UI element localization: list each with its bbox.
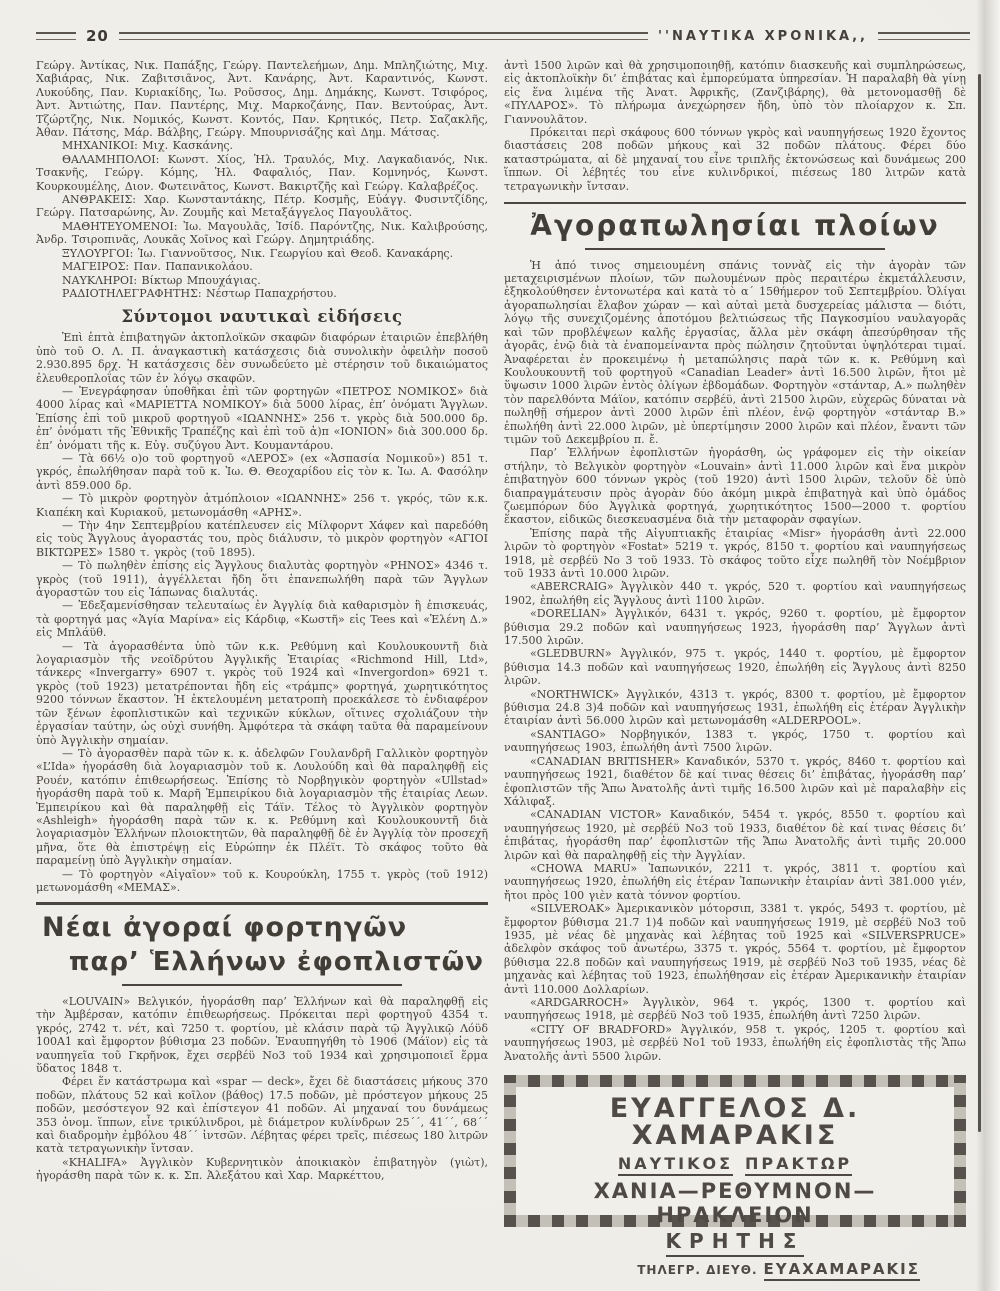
checkered-border-left — [504, 1075, 516, 1227]
role-word: ΠΡΑΚΤΩΡ — [745, 1154, 852, 1176]
news-item: — Ἐνεγράφησαν ὑποθῆκαι ἐπὶ τῶν φορτηγῶν … — [36, 385, 488, 452]
ship-sale-entry: «CANADIAN BRITISHER» Καναδικόν, 5370 τ. … — [504, 755, 966, 809]
news-item: — Τὴν 4ην Σεπτεμβρίου κατέπλευσεν εἰς Μί… — [36, 519, 488, 559]
news-item: — Τὸ φορτηγὸν «Αἰγαῖον» τοῦ κ. Κουρούκλη… — [36, 868, 488, 895]
section-divider-rule — [36, 902, 488, 905]
advertiser-role: ΝΑΥΤΙΚΟΣΠΡΑΚΤΩΡ — [516, 1154, 954, 1173]
section-divider-rule — [504, 202, 966, 204]
right-column: ἀντὶ 1500 λιρῶν καὶ θὰ χρησιμοποιηθῇ, κα… — [504, 59, 966, 1227]
crew-category-stewards: ΘΑΛΑΜΗΠΟΛΟΙ: Κωνστ. Χίος, Ἡλ. Τραυλός, Μ… — [36, 153, 488, 193]
news-item: — Τὸ ἀγορασθὲν παρὰ τῶν κ. κ. ἀδελφῶν Γο… — [36, 747, 488, 868]
ship-sale-entry: «ARDGARROCH» Ἀγγλικὸν, 964 τ. γκρός, 130… — [504, 996, 966, 1023]
crew-category-stokers: ΑΝΘΡΑΚΕΙΣ: Χαρ. Κωνσταντάκης, Πέτρ. Κοσμ… — [36, 193, 488, 220]
ship-purchase-entry: «LOUVAIN» Βελγικόν, ἠγοράσθη παρ’ Ἑλλήνω… — [36, 995, 488, 1075]
ship-sale-entry: «SILVEROAK» Ἀμερικανικὸν μότορσιπ, 3381 … — [504, 902, 966, 996]
header-rule-left — [36, 32, 76, 40]
header-rule-middle — [119, 32, 648, 40]
news-item: — Τὰ ἀγορασθέντα ὑπὸ τῶν κ.κ. Ρεθύμνη κα… — [36, 640, 488, 747]
masthead-title: ''ΝΑΥΤΙΚΑ ΧΡΟΝΙΚΑ,, — [658, 29, 868, 44]
scan-fold-line — [978, 74, 981, 1132]
two-column-layout: Γεώργ. Ἀντίκας, Νικ. Παπάξης, Γεώργ. Παν… — [0, 49, 1000, 1227]
sales-heading: Ἀγοραπωλησίαι πλοίων — [504, 209, 966, 243]
purchases-heading-line1: Νέαι ἀγοραί φορτηγῶν — [36, 912, 488, 944]
ship-sale-entry: «GLEDBURN» Ἀγγλικόν, 975 τ. γκρός, 1440 … — [504, 647, 966, 687]
crew-names-continuation: Γεώργ. Ἀντίκας, Νικ. Παπάξης, Γεώργ. Παν… — [36, 59, 488, 139]
advertisement-content: ΕΥΑΓΓΕΛΟΣ Δ. ΧΑΜΑΡΑΚΙΣ ΝΑΥΤΙΚΟΣΠΡΑΚΤΩΡ Χ… — [516, 1087, 954, 1215]
heading-underline — [122, 984, 402, 986]
short-news-heading: Σύντομοι ναυτικαὶ εἰδήσεις — [36, 307, 488, 326]
left-column: Γεώργ. Ἀντίκας, Νικ. Παπάξης, Γεώργ. Παν… — [36, 59, 488, 1227]
crew-category-engineers: ΜΗΧΑΝΙΚΟΙ: Μιχ. Κασκάνης. — [36, 139, 488, 152]
telegraph-name: ΕΥΑΧΑΜΑΡΑΚΙΣ — [764, 1260, 920, 1281]
crew-category-carpenters: ΞΥΛΟΥΡΓΟΙ: Ἰω. Γιαννοῦτσος, Νικ. Γεωργίο… — [36, 247, 488, 260]
crew-category-cook: ΜΑΓΕΙΡΟΣ: Παν. Παπανικολάου. — [36, 260, 488, 273]
advertiser-locations: ΧΑΝΙΑ—ΡΕΘΥΜΝΟΝ—ΗΡΑΚΛΕΙΟΝ — [516, 1179, 954, 1227]
telegraph-address-line: ΤΗΛΕΓΡ. ΔΙΕΥΘ.ΕΥΑΧΑΜΑΡΑΚΙΣ — [516, 1260, 954, 1278]
checkered-border-top — [504, 1075, 966, 1087]
continuation-paragraph: Πρόκειται περὶ σκάφους 600 τόννων γκρὸς … — [504, 126, 966, 193]
news-item: — Ἐδεξαμενίσθησαν τελευταίως ἐν Ἀγγλίᾳ δ… — [36, 599, 488, 639]
news-item: — Τὸ μικρὸν φορτηγὸν ἀτμόπλοιον «ΙΩΑΝΝΗΣ… — [36, 492, 488, 519]
ship-sale-entry: Παρ’ Ἑλλήνων ἐφοπλιστῶν ἠγοράσθη, ὡς γρά… — [504, 446, 966, 526]
ship-sale-entry: «CITY OF BRADFORD» Ἀγγλικόν, 958 τ. γκρό… — [504, 1023, 966, 1063]
continuation-paragraph: ἀντὶ 1500 λιρῶν καὶ θὰ χρησιμοποιηθῇ, κα… — [504, 59, 966, 126]
ship-sale-entry: «NORTHWICK» Ἀγγλικόν, 4313 τ. γκρός, 830… — [504, 688, 966, 728]
checkered-border-right — [954, 1075, 966, 1227]
ship-purchase-entry: Φέρει ἕν κατάστρωμα καὶ «spar — deck», ἔ… — [36, 1075, 488, 1155]
crew-category-radio-operator: ΡΑΔΙΟΤΗΛΕΓΡΑΦΗΤΗΣ: Νέστωρ Παπαχρήστου. — [36, 287, 488, 300]
heading-underline — [585, 248, 885, 250]
ship-sale-entry: «SANTIAGO» Νορβηγικόν, 1383 τ. γκρός, 17… — [504, 728, 966, 755]
news-item: Ἐπὶ ἑπτὰ ἐπιβατηγῶν ἀκτοπλοϊκῶν σκαφῶν δ… — [36, 331, 488, 385]
ship-sale-entry: «CHOWA MARU» Ἰαπωνικόν, 2211 τ. γκρός, 3… — [504, 862, 966, 902]
ship-purchase-entry: «KHALIFA» Ἀγγλικὸν Κυβερνητικὸν ἀποικιακ… — [36, 1156, 488, 1183]
news-item: — Τὸ πωληθὲν ἐπίσης εἰς Ἄγγλους διαλυτὰς… — [36, 559, 488, 599]
ship-sale-entry: «CANADIAN VICTOR» Καναδικόν, 5454 τ. γκρ… — [504, 808, 966, 862]
advertiser-region: ΚΡΗΤΗΣ — [516, 1229, 954, 1253]
ship-sale-entry: Ἐπίσης παρὰ τῆς Αἰγυπτιακῆς ἑταιρίας «Mi… — [504, 527, 966, 581]
purchases-heading-line2: παρ’ Ἑλλήνων ἐφοπλιστῶν — [36, 947, 488, 978]
role-word: ΝΑΥΤΙΚΟΣ — [618, 1154, 733, 1176]
magazine-page: 20 ''ΝΑΥΤΙΚΑ ΧΡΟΝΙΚΑ,, Γεώργ. Ἀντίκας, Ν… — [0, 0, 1000, 1291]
telegraph-label: ΤΗΛΕΓΡ. ΔΙΕΥΘ. — [637, 1263, 757, 1277]
page-header: 20 ''ΝΑΥΤΙΚΑ ΧΡΟΝΙΚΑ,, — [36, 27, 970, 45]
crew-category-boatswains: ΝΑΥΚΛΗΡΟΙ: Βίκτωρ Μπουχάγιας. — [36, 274, 488, 287]
header-rule-right — [878, 32, 970, 40]
advertiser-name: ΕΥΑΓΓΕΛΟΣ Δ. ΧΑΜΑΡΑΚΙΣ — [516, 1095, 954, 1149]
ship-sale-entry: «ABERCRAIG» Ἀγγλικὸν 440 τ. γκρός, 520 τ… — [504, 580, 966, 607]
crew-category-apprentices: ΜΑΘΗΤΕΥΟΜΕΝΟΙ: Ἰω. Μαγουλᾶς, Ἰσίδ. Παρόν… — [36, 220, 488, 247]
ship-sale-entry: «DORELIAN» Ἀγγλικόν, 6431 τ. γκρός, 9260… — [504, 607, 966, 647]
advertisement-chamarakis: ΕΥΑΓΓΕΛΟΣ Δ. ΧΑΜΑΡΑΚΙΣ ΝΑΥΤΙΚΟΣΠΡΑΚΤΩΡ Χ… — [504, 1075, 966, 1227]
news-item: — Τὰ 66½ ο)ο τοῦ φορτηγοῦ «ΛΕΡΟΣ» (ex «Ἀ… — [36, 452, 488, 492]
page-number: 20 — [86, 27, 109, 45]
ship-sale-entry: Ἡ ἀπό τινος σημειουμένη σπάνις τοννὰζ εἰ… — [504, 259, 966, 447]
